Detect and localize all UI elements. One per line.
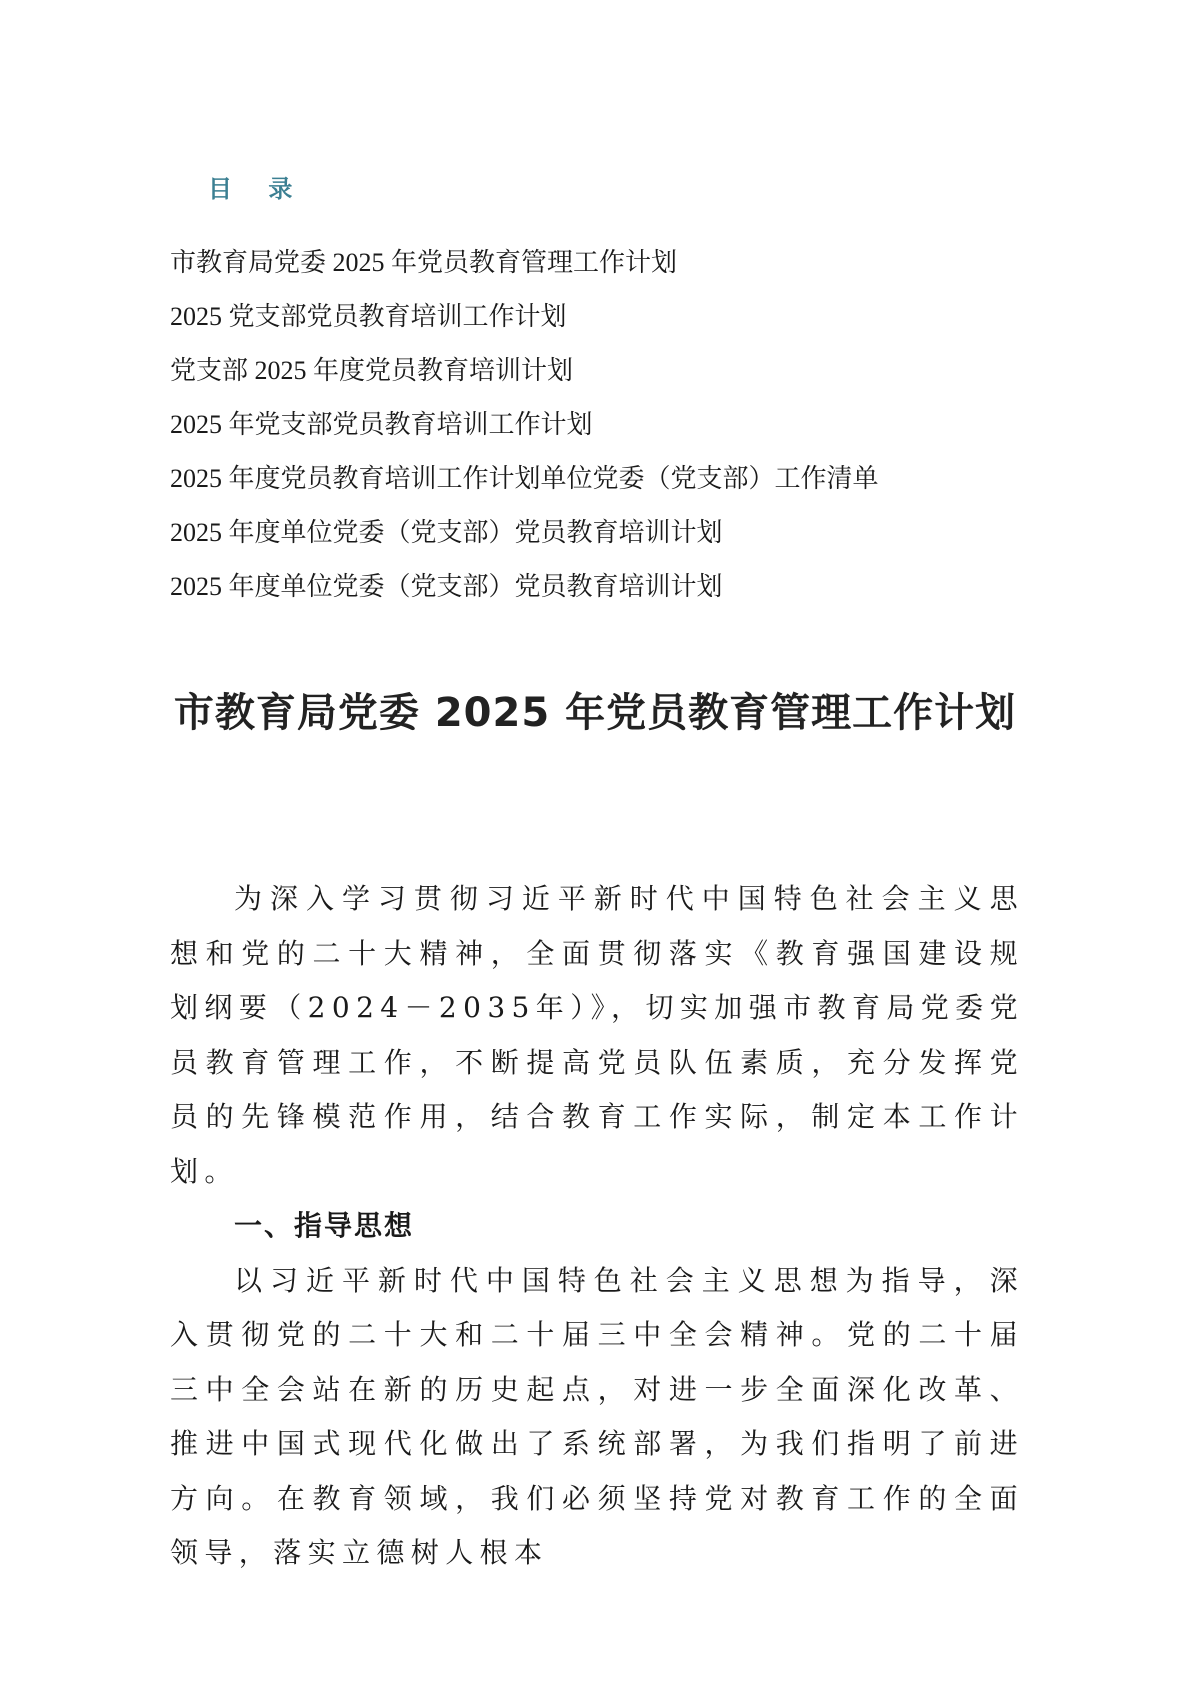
toc-item[interactable]: 2025 年度单位党委（党支部）党员教育培训计划 <box>170 560 879 614</box>
intro-paragraph: 为深入学习贯彻习近平新时代中国特色社会主义思想和党的二十大精神，全面贯彻落实《教… <box>170 872 1024 1199</box>
toc-item[interactable]: 市教育局党委 2025 年党员教育管理工作计划 <box>170 236 879 290</box>
document-page: 目 录 市教育局党委 2025 年党员教育管理工作计划 2025 党支部党员教育… <box>0 0 1190 1683</box>
table-of-contents: 市教育局党委 2025 年党员教育管理工作计划 2025 党支部党员教育培训工作… <box>170 236 879 614</box>
document-title: 市教育局党委 2025 年党员教育管理工作计划 <box>170 682 1020 744</box>
document-body: 为深入学习贯彻习近平新时代中国特色社会主义思想和党的二十大精神，全面贯彻落实《教… <box>170 872 1024 1581</box>
toc-item[interactable]: 2025 年度党员教育培训工作计划单位党委（党支部）工作清单 <box>170 452 879 506</box>
toc-item[interactable]: 2025 党支部党员教育培训工作计划 <box>170 290 879 344</box>
section-heading: 一、指导思想 <box>170 1199 1024 1254</box>
toc-item[interactable]: 2025 年度单位党委（党支部）党员教育培训计划 <box>170 506 879 560</box>
toc-heading: 目 录 <box>208 174 306 204</box>
section-paragraph: 以习近平新时代中国特色社会主义思想为指导，深入贯彻党的二十大和二十届三中全会精神… <box>170 1254 1024 1581</box>
toc-item[interactable]: 2025 年党支部党员教育培训工作计划 <box>170 398 879 452</box>
toc-item[interactable]: 党支部 2025 年度党员教育培训计划 <box>170 344 879 398</box>
